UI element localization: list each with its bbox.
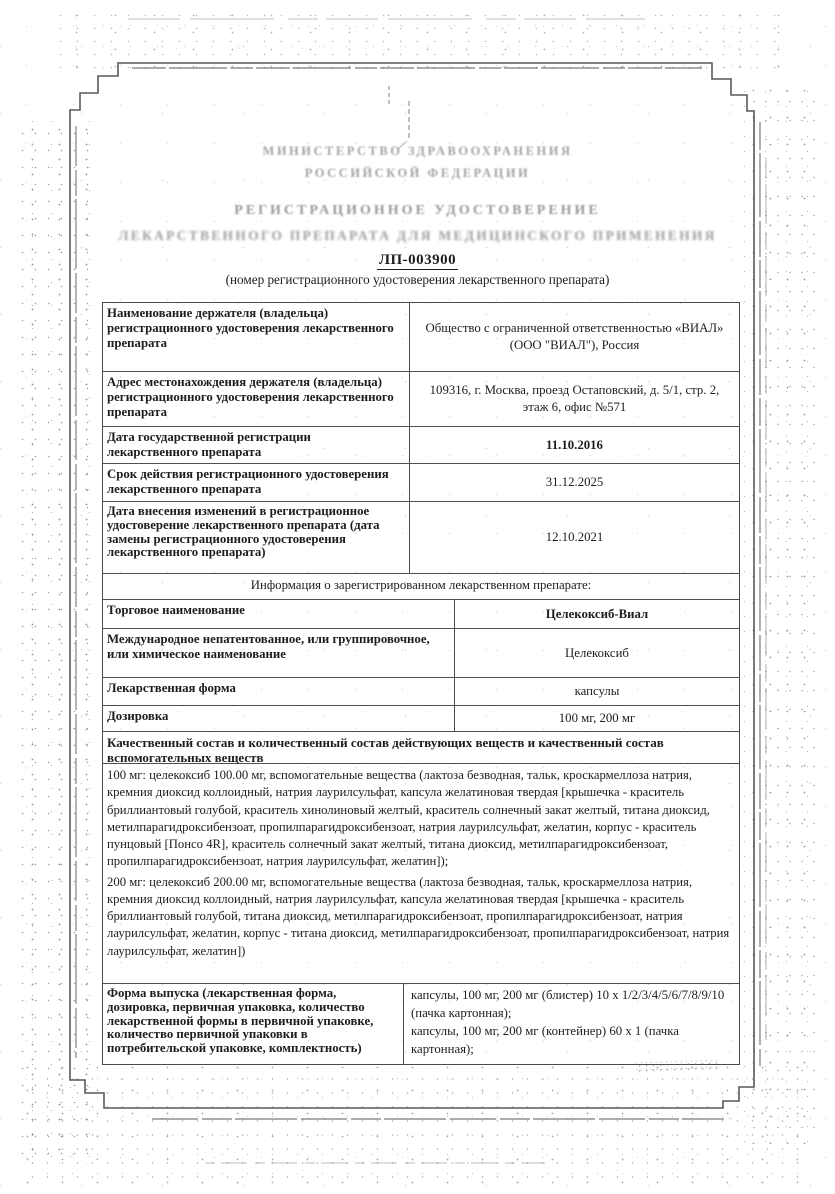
scan-noise-right-margin: [744, 90, 820, 1144]
table-row-holder-name: Наименование держателя (владельца) регис…: [103, 303, 739, 371]
scan-noise-top-margin: [50, 6, 785, 70]
composition-section-header: Качественный состав и количественный сос…: [103, 731, 739, 763]
table-row-validity-term: Срок действия регистрационного удостовер…: [103, 463, 739, 501]
row-value: капсулы: [455, 678, 739, 705]
ministry-name-line1: МИНИСТЕРСТВО ЗДРАВООХРАНЕНИЯ: [0, 144, 835, 159]
row-label: Лекарственная форма: [103, 678, 455, 705]
row-value: 12.10.2021: [410, 502, 739, 573]
ministry-name-line2: РОССИЙСКОЙ ФЕДЕРАЦИИ: [0, 166, 835, 181]
table-row-inn-name: Международное непатентованное, или групп…: [103, 628, 739, 677]
certificate-title-line1: РЕГИСТРАЦИОННОЕ УДОСТОВЕРЕНИЕ: [0, 203, 835, 219]
registration-number-caption: (номер регистрационного удостоверения ле…: [0, 272, 835, 288]
composition-100mg: 100 мг: целекоксиб 100.00 мг, вспомогате…: [107, 767, 730, 871]
row-value: 31.12.2025: [410, 464, 739, 501]
table-row-amendment-date: Дата внесения изменений в регистрационно…: [103, 501, 739, 573]
row-label: Торговое наименование: [103, 600, 455, 628]
row-label: Международное непатентованное, или групп…: [103, 629, 455, 677]
row-label: Адрес местонахождения держателя (владель…: [103, 372, 410, 426]
row-label: Наименование держателя (владельца) регис…: [103, 303, 410, 371]
release-form-container: капсулы, 100 мг, 200 мг (контейнер) 60 х…: [411, 1023, 735, 1059]
composition-200mg: 200 мг: целекоксиб 200.00 мг, вспомогате…: [107, 874, 730, 960]
table-row-dosage: Дозировка 100 мг, 200 мг: [103, 705, 739, 731]
row-label: Дата государственной регистрации лекарст…: [103, 427, 410, 463]
row-value: 100 мг, 200 мг: [455, 706, 739, 731]
scan-noise-bottom-margin: [24, 1066, 811, 1186]
scanned-certificate-page: МИНИСТЕРСТВО ЗДРАВООХРАНЕНИЯ РОССИЙСКОЙ …: [0, 0, 835, 1194]
row-value: Общество с ограниченной ответственностью…: [410, 303, 739, 371]
registration-table: Наименование держателя (владельца) регис…: [102, 302, 740, 1065]
scan-artifact-marks: [636, 1060, 718, 1073]
table-row-registration-date: Дата государственной регистрации лекарст…: [103, 426, 739, 463]
release-form-blister: капсулы, 100 мг, 200 мг (блистер) 10 х 1…: [411, 987, 735, 1023]
composition-text: 100 мг: целекоксиб 100.00 мг, вспомогате…: [103, 763, 739, 983]
table-row-dosage-form: Лекарственная форма капсулы: [103, 677, 739, 705]
registration-number: ЛП-003900: [0, 252, 835, 269]
row-value: 11.10.2016: [410, 427, 739, 463]
info-section-header: Информация о зарегистрированном лекарств…: [103, 573, 739, 599]
row-label: Срок действия регистрационного удостовер…: [103, 464, 410, 501]
row-value: Целекоксиб-Виал: [455, 600, 739, 628]
table-row-release-form: Форма выпуска (лекарственная форма, дози…: [103, 983, 739, 1064]
table-row-holder-address: Адрес местонахождения держателя (владель…: [103, 371, 739, 426]
row-value: капсулы, 100 мг, 200 мг (блистер) 10 х 1…: [404, 984, 739, 1064]
row-label: Дата внесения изменений в регистрационно…: [103, 502, 410, 573]
row-value: 109316, г. Москва, проезд Остаповский, д…: [410, 372, 739, 426]
table-row-trade-name: Торговое наименование Целекоксиб-Виал: [103, 599, 739, 628]
row-value: Целекоксиб: [455, 629, 739, 677]
row-label: Форма выпуска (лекарственная форма, дози…: [103, 984, 404, 1064]
row-label: Дозировка: [103, 706, 455, 731]
certificate-title-line2: ЛЕКАРСТВЕННОГО ПРЕПАРАТА ДЛЯ МЕДИЦИНСКОГ…: [0, 228, 835, 244]
